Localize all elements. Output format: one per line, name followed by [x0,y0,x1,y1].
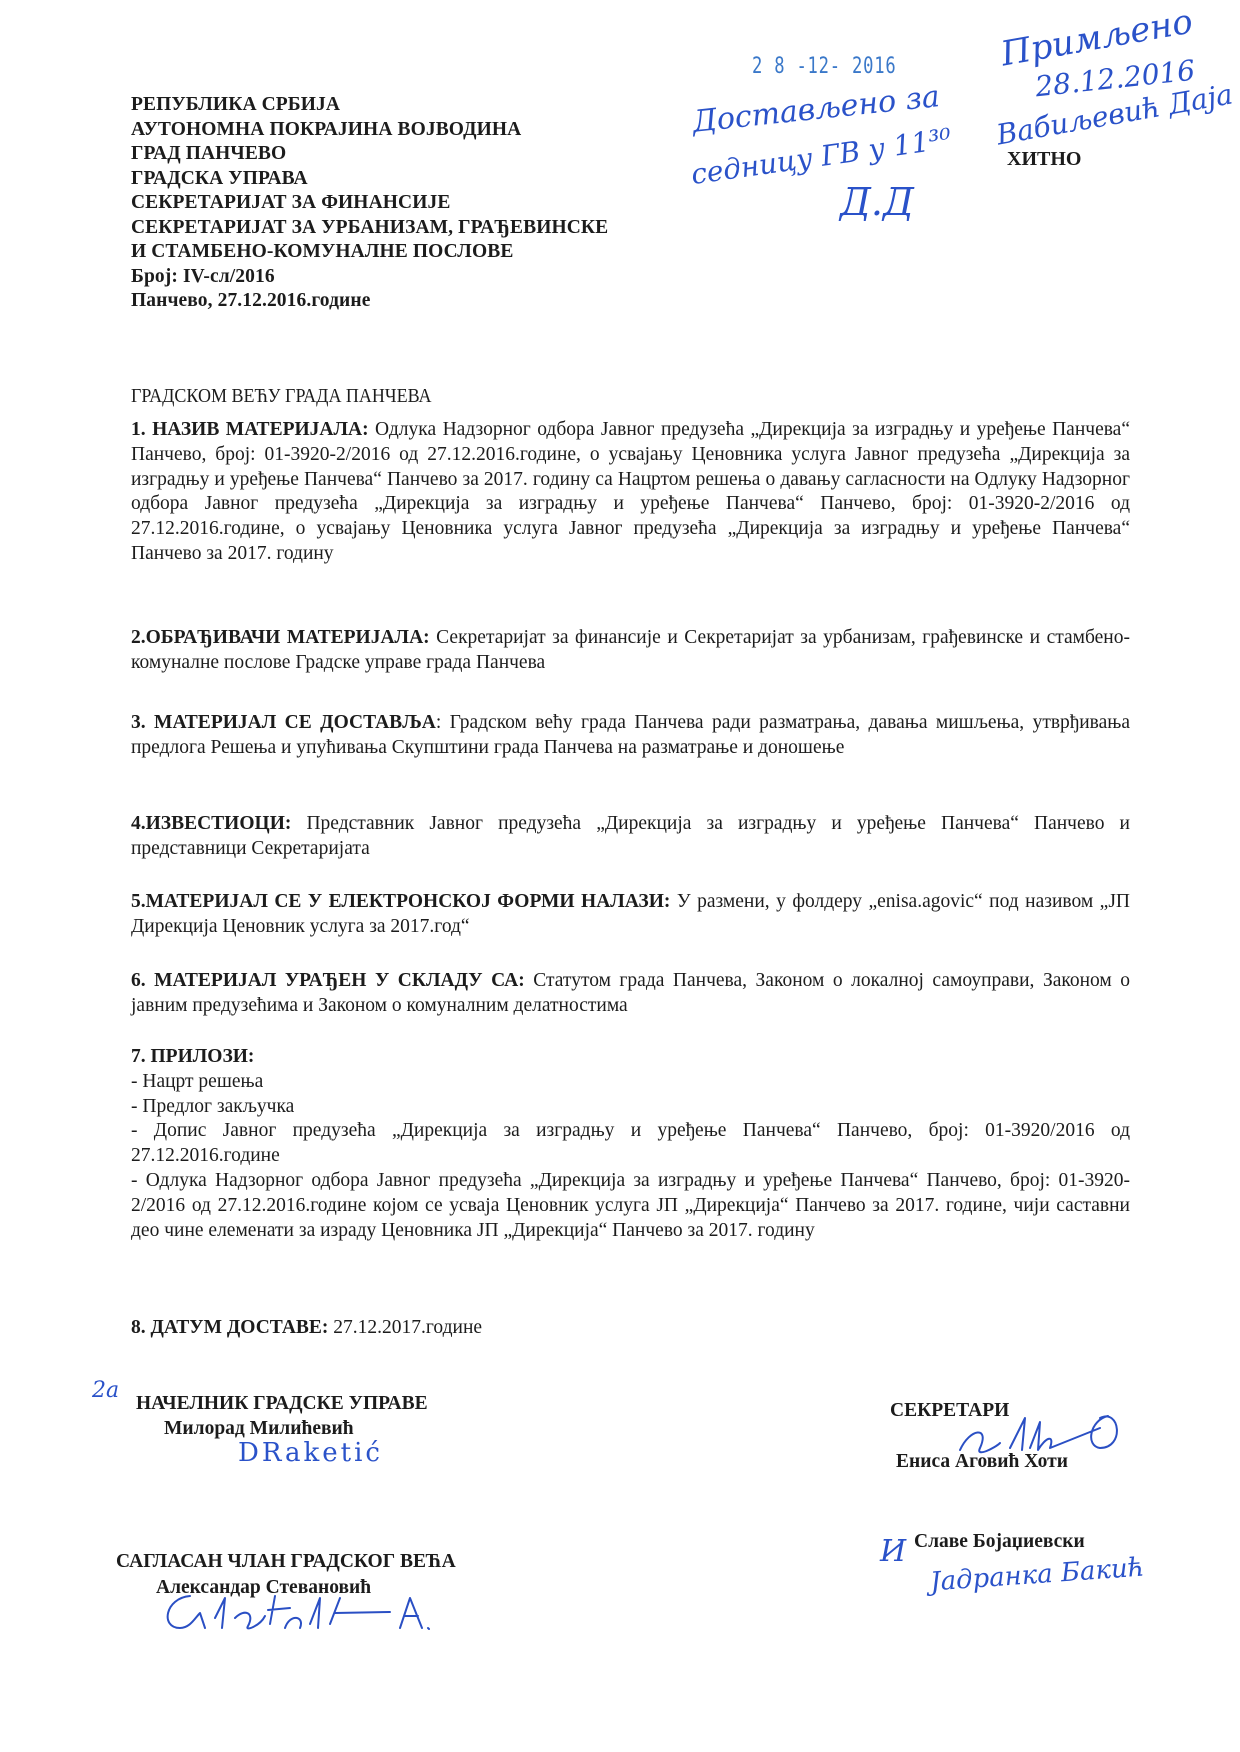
section-legal-basis: 6. МАТЕРИЈАЛ УРАЂЕН У СКЛАДУ СА: Статуто… [131,969,1130,1019]
attachment-item: - Одлука Надзорног одбора Јавног предузе… [131,1169,1130,1243]
urgent-marker: ХИТНО [1007,148,1081,171]
section-label: 5.МАТЕРИЈАЛ СЕ У ЕЛЕКТРОНСКОЈ ФОРМИ НАЛА… [131,891,670,912]
document-place-date: Панчево, 27.12.2016.године [131,289,608,314]
section-label: 3. МАТЕРИЈАЛ СЕ ДОСТАВЉА [131,712,436,733]
header-line-province: АУТОНОМНА ПОКРАЈИНА ВОЈВОДИНА [131,118,608,143]
section-attachments: 7. ПРИЛОЗИ: - Нацрт решења - Предлог зак… [131,1045,1130,1243]
section-material-delivered-to: 3. МАТЕРИЈАЛ СЕ ДОСТАВЉА: Градском већу … [131,711,1130,761]
council-member-title: САГЛАСАН ЧЛАН ГРАДСКОГ ВЕЋА [116,1550,456,1574]
section-rapporteurs: 4.ИЗВЕСТИОЦИ: Представник Јавног предузе… [131,812,1130,862]
secretary-name-1: Ениса Аговић Хоти [896,1450,1068,1474]
issuer-header: РЕПУБЛИКА СРБИЈА АУТОНОМНА ПОКРАЈИНА ВОЈ… [131,93,608,314]
handwritten-prefix-2a: 2а [92,1378,119,1403]
section-material-authors: 2.ОБРАЂИВАЧИ МАТЕРИЈАЛА: Секретаријат за… [131,626,1130,676]
delivery-date-label: 8. ДАТУМ ДОСТАВЕ: [131,1317,328,1338]
attachment-item: - Допис Јавног предузећа „Дирекција за и… [131,1119,1130,1169]
council-member-signature-scribble [160,1588,440,1638]
header-line-city: ГРАД ПАНЧЕВО [131,142,608,167]
header-line-administration: ГРАДСКА УПРАВА [131,167,608,192]
header-line-finance-secretariat: СЕКРЕТАРИЈАТ ЗА ФИНАНСИЈЕ [131,191,608,216]
head-of-administration-handwritten-signature: DRaketić [238,1438,383,1468]
secretaries-handwritten-prefix: И [880,1534,906,1569]
attachments-label: 7. ПРИЛОЗИ: [131,1045,1130,1070]
section-label: 4.ИЗВЕСТИОЦИ: [131,813,291,834]
header-line-republic: РЕПУБЛИКА СРБИЈА [131,93,608,118]
section-text: Одлука Надзорног одбора Јавног предузећа… [131,419,1130,564]
section-label: 1. НАЗИВ МАТЕРИЈАЛА: [131,419,369,440]
header-line-urbanism-secretariat-cont: И СТАМБЕНО-КОМУНАЛНЕ ПОСЛОВЕ [131,240,608,265]
section-label: 2.ОБРАЂИВАЧИ МАТЕРИЈАЛА: [131,627,430,648]
document-number: Број: IV-сл/2016 [131,265,608,290]
section-label: 6. МАТЕРИЈАЛ УРАЂЕН У СКЛАДУ СА: [131,970,525,991]
section-delivery-date: 8. ДАТУМ ДОСТАВЕ: 27.12.2017.године [131,1316,1130,1341]
header-line-urbanism-secretariat: СЕКРЕТАРИЈАТ ЗА УРБАНИЗАМ, ГРАЂЕВИНСКЕ [131,216,608,241]
attachment-item: - Нацрт решења [131,1070,1130,1095]
head-of-administration-title: НАЧЕЛНИК ГРАДСКЕ УПРАВЕ [136,1392,428,1416]
secretary-handwritten-signature: Јадранка Бакић [929,1553,1145,1598]
section-material-name: 1. НАЗИВ МАТЕРИЈАЛА: Одлука Надзорног од… [131,418,1130,567]
addressee: ГРАДСКОМ ВЕЋУ ГРАДА ПАНЧЕВА [131,385,432,408]
secretary-name-2: Славе Бојаџиевски [914,1530,1085,1554]
handwritten-initials: Д.Д [840,180,914,224]
received-date-stamp: 2 8 -12- 2016 [752,54,896,79]
section-electronic-location: 5.МАТЕРИЈАЛ СЕ У ЕЛЕКТРОНСКОЈ ФОРМИ НАЛА… [131,890,1130,940]
attachment-item: - Предлог закључка [131,1095,1130,1120]
delivery-date-value: 27.12.2017.године [328,1317,482,1338]
